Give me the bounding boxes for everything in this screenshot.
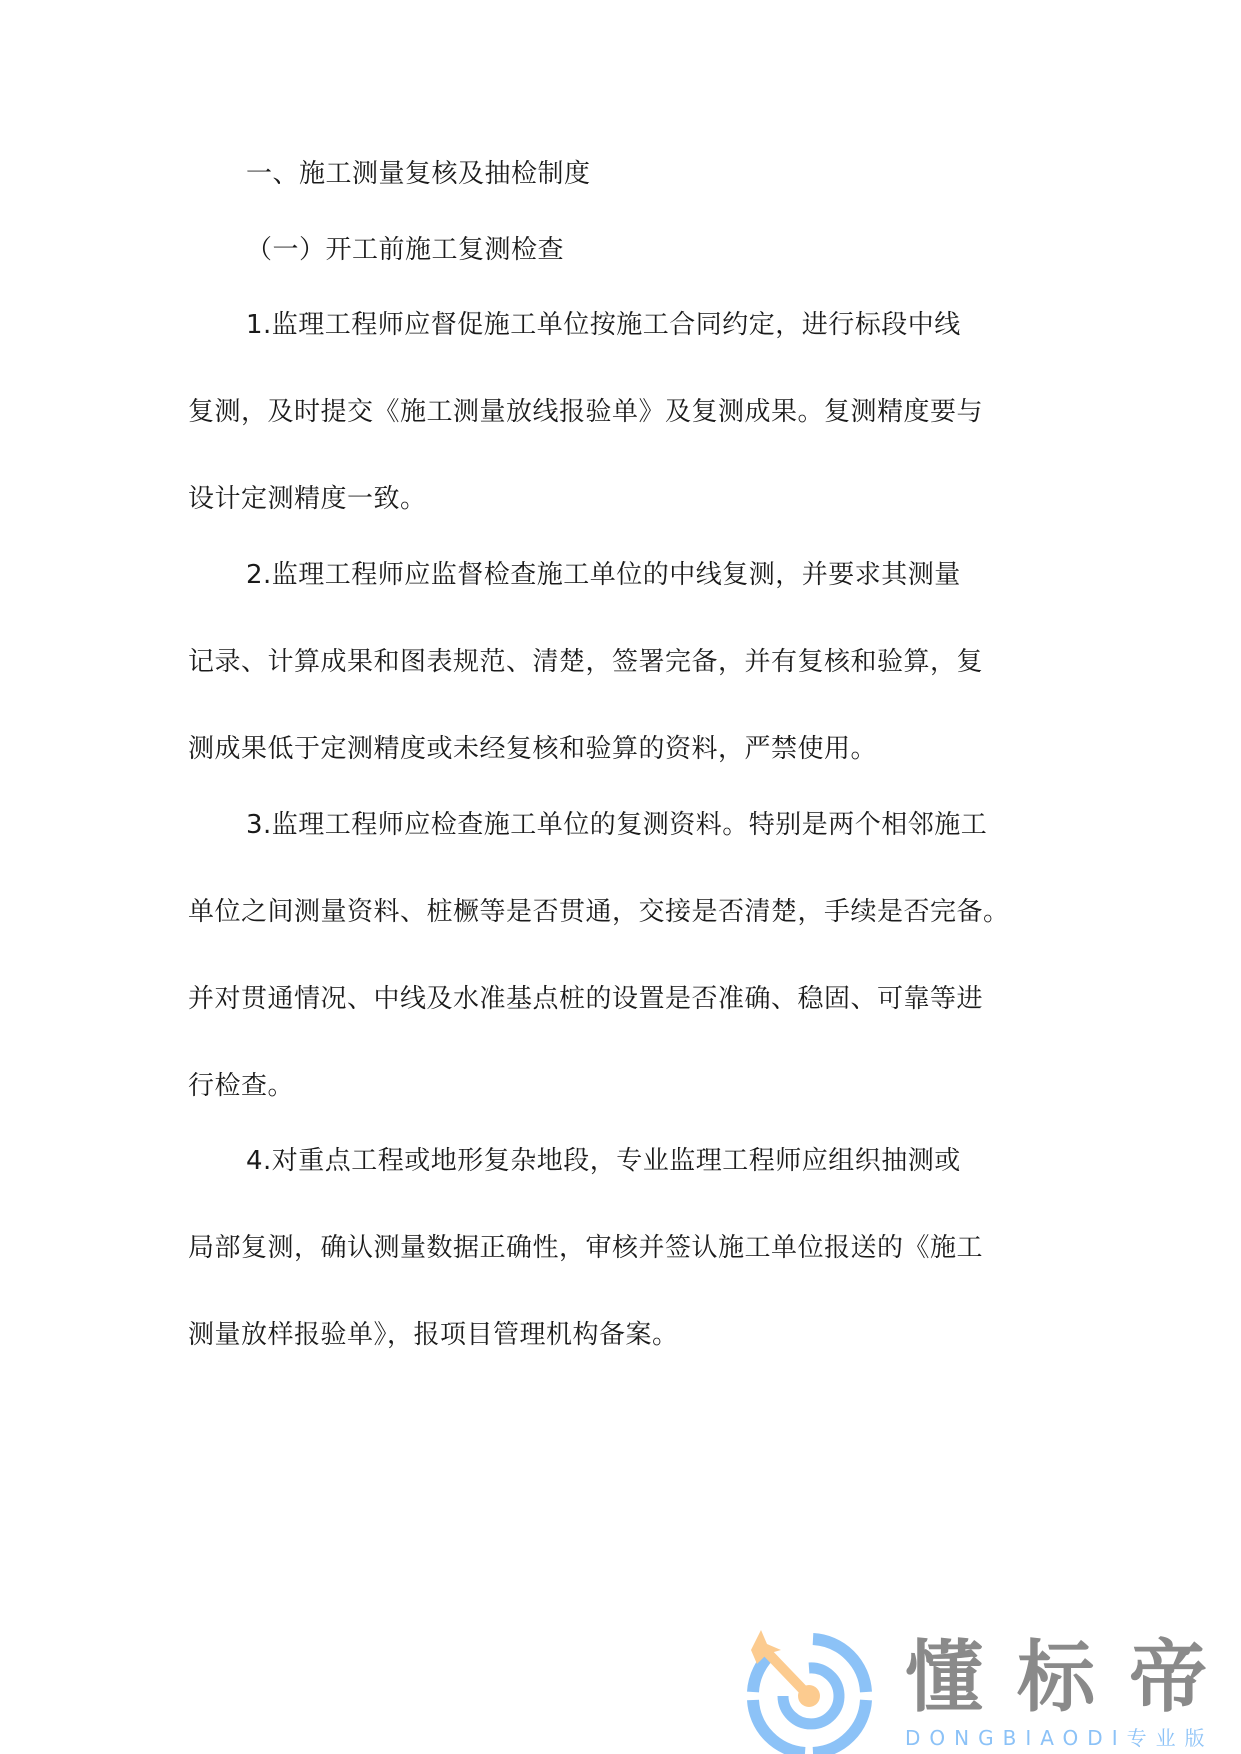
paragraph-line: 1.监理工程师应督促施工单位按施工合同约定，进行标段中线 — [246, 308, 961, 342]
paragraph-line: 4.对重点工程或地形复杂地段，专业监理工程师应组织抽测或 — [246, 1144, 961, 1178]
paragraph-line: 设计定测精度一致。 — [188, 482, 427, 516]
watermark-logo: 懂标帝 DONGBIAODI专业版 — [745, 1630, 1225, 1754]
subsection-heading: （一）开工前施工复测检查 — [246, 233, 564, 267]
paragraph-line: 复测，及时提交《施工测量放线报验单》及复测成果。复测精度要与 — [188, 395, 983, 429]
paragraph-line: 3.监理工程师应检查施工单位的复测资料。特别是两个相邻施工 — [246, 808, 987, 842]
paragraph-line: 局部复测，确认测量数据正确性，审核并签认施工单位报送的《施工 — [188, 1231, 983, 1265]
document-page: 一、施工测量复核及抽检制度 （一）开工前施工复测检查 1.监理工程师应督促施工单… — [0, 0, 1241, 1754]
paragraph-line: 测成果低于定测精度或未经复核和验算的资料，严禁使用。 — [188, 732, 877, 766]
paragraph-line: 单位之间测量资料、桩橛等是否贯通，交接是否清楚，手续是否完备。 — [188, 895, 1010, 929]
paragraph-line: 行检查。 — [188, 1069, 294, 1103]
paragraph-line: 并对贯通情况、中线及水准基点桩的设置是否准确、稳固、可靠等进 — [188, 982, 983, 1016]
paragraph-line: 测量放样报验单》，报项目管理机构备案。 — [188, 1318, 679, 1352]
watermark-title: 懂标帝 — [905, 1636, 1241, 1720]
paragraph-line: 2.监理工程师应监督检查施工单位的中线复测，并要求其测量 — [246, 558, 961, 592]
section-heading: 一、施工测量复核及抽检制度 — [246, 157, 591, 191]
paragraph-line: 记录、计算成果和图表规范、清楚，签署完备，并有复核和验算，复 — [188, 645, 983, 679]
target-arrow-icon — [745, 1630, 875, 1754]
watermark-subtitle: DONGBIAODI专业版 — [905, 1726, 1214, 1750]
